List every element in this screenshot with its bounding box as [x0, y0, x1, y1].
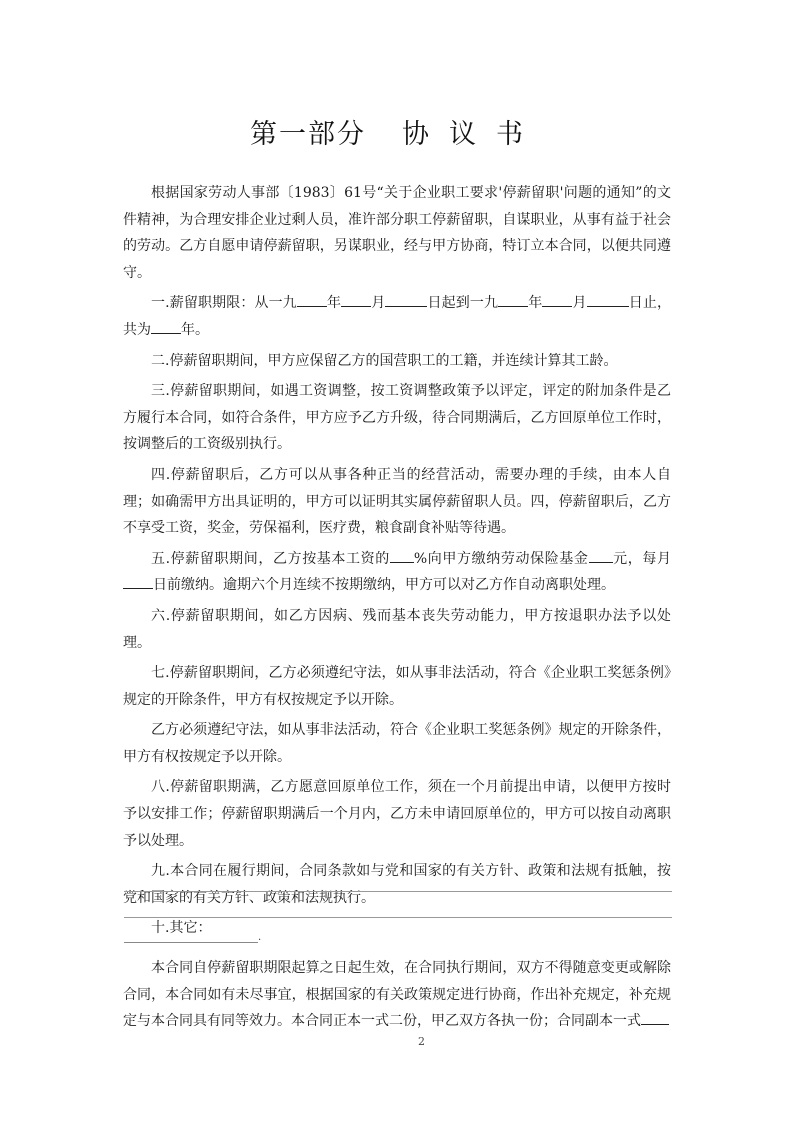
title-name: 协议书 [402, 119, 543, 150]
title-part: 第一部分 [250, 119, 366, 150]
clause-7: 七.停薪留职期间，乙方必须遵纪守法，如从事非法活动，符合《企业职工奖惩条例》规定… [123, 660, 671, 713]
blank-field[interactable] [542, 292, 572, 307]
clause-3: 三.停薪留职期间，如遇工资调整，按工资调整政策予以评定，评定的附加条件是乙方履行… [123, 378, 671, 458]
blank-field[interactable] [297, 292, 327, 307]
blank-field[interactable] [589, 548, 613, 563]
fill-line[interactable] [124, 942, 258, 943]
blank-field[interactable] [385, 292, 427, 307]
blank-field[interactable] [641, 1010, 669, 1025]
clause-7-supplement: 乙方必须遵纪守法，如从事非法活动，符合《企业职工奖惩条例》规定的开除条件，甲方有… [123, 717, 671, 770]
blank-field[interactable] [123, 574, 153, 589]
blank-field[interactable] [390, 548, 414, 563]
blank-field[interactable] [151, 319, 181, 334]
page-number: 2 [0, 1035, 793, 1048]
fill-line[interactable] [124, 891, 672, 892]
clause-4: 四.停薪留职后，乙方可以从事各种正当的经营活动，需要办理的手续，由本人自理；如确… [123, 462, 671, 542]
blank-field[interactable] [498, 292, 528, 307]
clause-6: 六.停薪留职期间，如乙方因病、残而基本丧失劳动能力，甲方按退职办法予以处理。 [123, 603, 671, 656]
document-body: 根据国家劳动人事部〔1983〕61号“关于企业职工要求'停薪留职'问题的通知”的… [123, 180, 671, 946]
clause-8: 八.停薪留职期满，乙方愿意回原单位工作，须在一个月前提出申请，以便甲方按时予以安… [123, 774, 671, 854]
clause-9: 九.本合同在履行期间，合同条款如与党和国家的有关方针、政策和法规有抵触，按党和国… [123, 858, 671, 911]
fill-line[interactable] [124, 917, 672, 918]
document-page: 第一部分协议书 根据国家劳动人事部〔1983〕61号“关于企业职工要求'停薪留职… [0, 0, 793, 1122]
closing-paragraph: 本合同自停薪留职期限起算之日起生效，在合同执行期间，双方不得随意变更或解除合同，… [123, 955, 671, 1035]
clause-1: 一.薪留职期限：从一九年月日起到一九年月日止，共为年。 [123, 290, 671, 343]
page-title: 第一部分协议书 [0, 112, 793, 151]
end-period: . [258, 932, 261, 943]
clause-10: 十.其它： [123, 915, 671, 942]
blank-field[interactable] [341, 292, 371, 307]
intro-paragraph: 根据国家劳动人事部〔1983〕61号“关于企业职工要求'停薪留职'问题的通知”的… [123, 180, 671, 286]
clause-2: 二.停薪留职期间，甲方应保留乙方的国营职工的工籍，并连续计算其工龄。 [123, 348, 671, 375]
blank-field[interactable] [587, 292, 629, 307]
clause-5: 五.停薪留职期间，乙方按基本工资的%向甲方缴纳劳动保险基金元，每月日前缴纳。逾期… [123, 546, 671, 599]
